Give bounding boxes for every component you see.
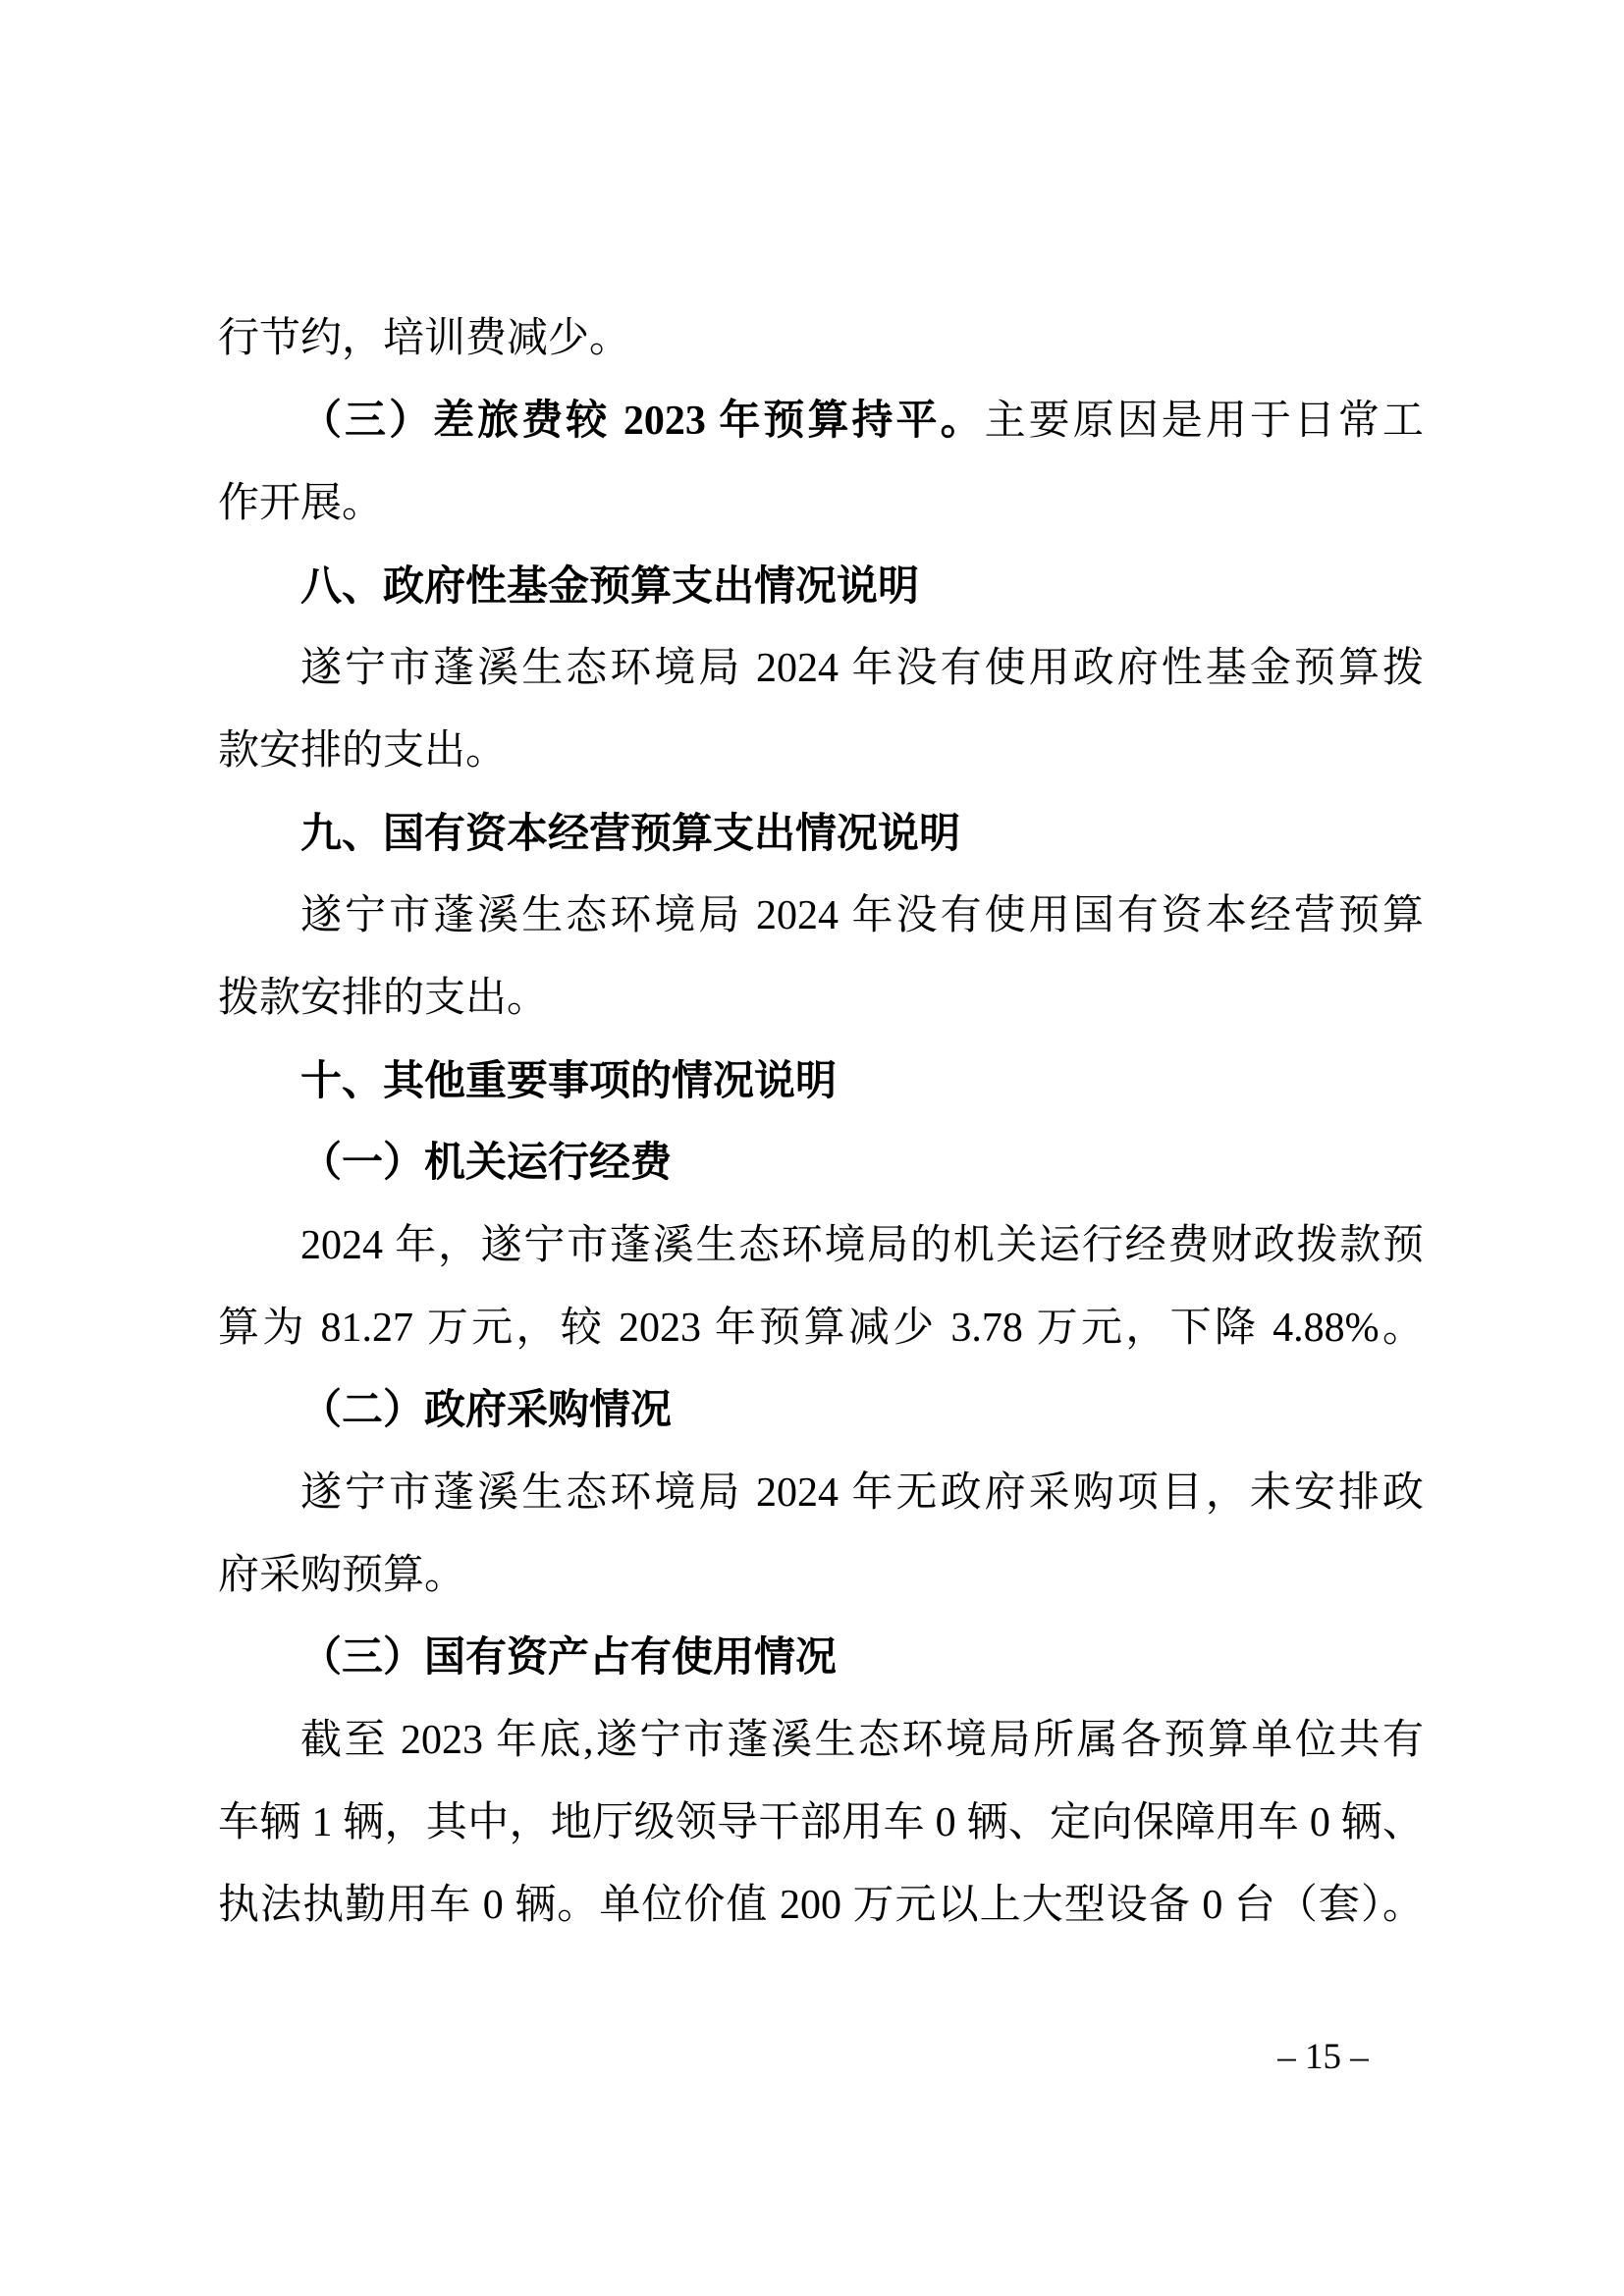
body-line: 车辆 1 辆，其中，地厅级领导干部用车 0 辆、定向保障用车 0 辆、 xyxy=(218,1782,1424,1864)
subsection-heading-lead: （三）差旅费较 2023 年预算持平。 xyxy=(300,399,985,444)
body-line: 款安排的支出。 xyxy=(218,710,1424,792)
body-line: 行节约，培训费减少。 xyxy=(218,297,1424,380)
subsection-heading: （三）国有资产占有使用情况 xyxy=(218,1617,1424,1699)
body-line: 拨款安排的支出。 xyxy=(218,957,1424,1040)
section-heading: 八、政府性基金预算支出情况说明 xyxy=(218,545,1424,627)
subsection-heading-line: （三）差旅费较 2023 年预算持平。主要原因是用于日常工 xyxy=(218,380,1424,462)
body-line: 作开展。 xyxy=(218,462,1424,545)
section-heading: 十、其他重要事项的情况说明 xyxy=(218,1040,1424,1122)
body-line: 2024 年，遂宁市蓬溪生态环境局的机关运行经费财政拨款预 xyxy=(218,1204,1424,1287)
body-line: 执法执勤用车 0 辆。单位价值 200 万元以上大型设备 0 台（套）。 xyxy=(218,1864,1424,1947)
document-body: 行节约，培训费减少。 （三）差旅费较 2023 年预算持平。主要原因是用于日常工… xyxy=(218,297,1424,1947)
body-line: 截至 2023 年底,遂宁市蓬溪生态环境局所属各预算单位共有 xyxy=(218,1699,1424,1782)
body-text: 主要原因是用于日常工 xyxy=(985,399,1424,444)
subsection-heading: （一）机关运行经费 xyxy=(218,1122,1424,1204)
section-heading: 九、国有资本经营预算支出情况说明 xyxy=(218,792,1424,875)
page-number: – 15 – xyxy=(1232,2034,1414,2081)
body-line: 算为 81.27 万元，较 2023 年预算减少 3.78 万元，下降 4.88… xyxy=(218,1287,1424,1369)
body-line: 遂宁市蓬溪生态环境局 2024 年没有使用政府性基金预算拨 xyxy=(218,627,1424,710)
subsection-heading: （二）政府采购情况 xyxy=(218,1369,1424,1452)
document-page: 行节约，培训费减少。 （三）差旅费较 2023 年预算持平。主要原因是用于日常工… xyxy=(0,0,1624,2296)
body-line: 遂宁市蓬溪生态环境局 2024 年无政府采购项目，未安排政 xyxy=(218,1452,1424,1534)
body-line: 遂宁市蓬溪生态环境局 2024 年没有使用国有资本经营预算 xyxy=(218,875,1424,957)
body-line: 府采购预算。 xyxy=(218,1534,1424,1617)
